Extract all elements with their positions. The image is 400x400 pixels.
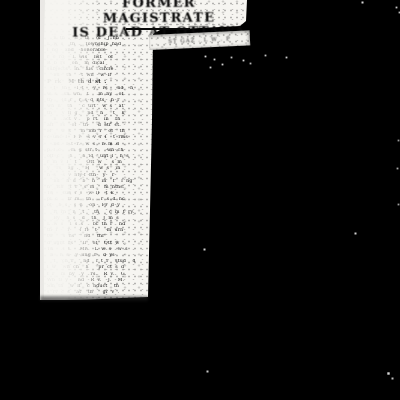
datestamp-strip: ST GAZ . L W . P <box>149 30 251 50</box>
article-paragraph-1: n th d th of J hnL w s th Township hadl … <box>47 36 148 79</box>
datestamp-text: ST GAZ . L W . P <box>168 36 231 45</box>
headline-line-1: FORMER MAGISTRATE <box>66 0 252 27</box>
headline-rule <box>126 28 190 30</box>
article-text-line: ft rn n t th c m t ry. <box>47 210 148 216</box>
article-paragraph-2: f th l t y rs nd hw s kn wn t m ny ofth … <box>47 86 148 296</box>
paper-bottom-fade <box>40 296 148 304</box>
article-subhead: P rk M th d st . <box>47 79 148 86</box>
article-body: n th d th of J hnL w s th Township hadl … <box>47 36 148 296</box>
scan-dust-specks <box>0 0 1 1</box>
newspaper-clipping-scan: n th d th of J hnL w s th Township hadl … <box>0 0 400 400</box>
